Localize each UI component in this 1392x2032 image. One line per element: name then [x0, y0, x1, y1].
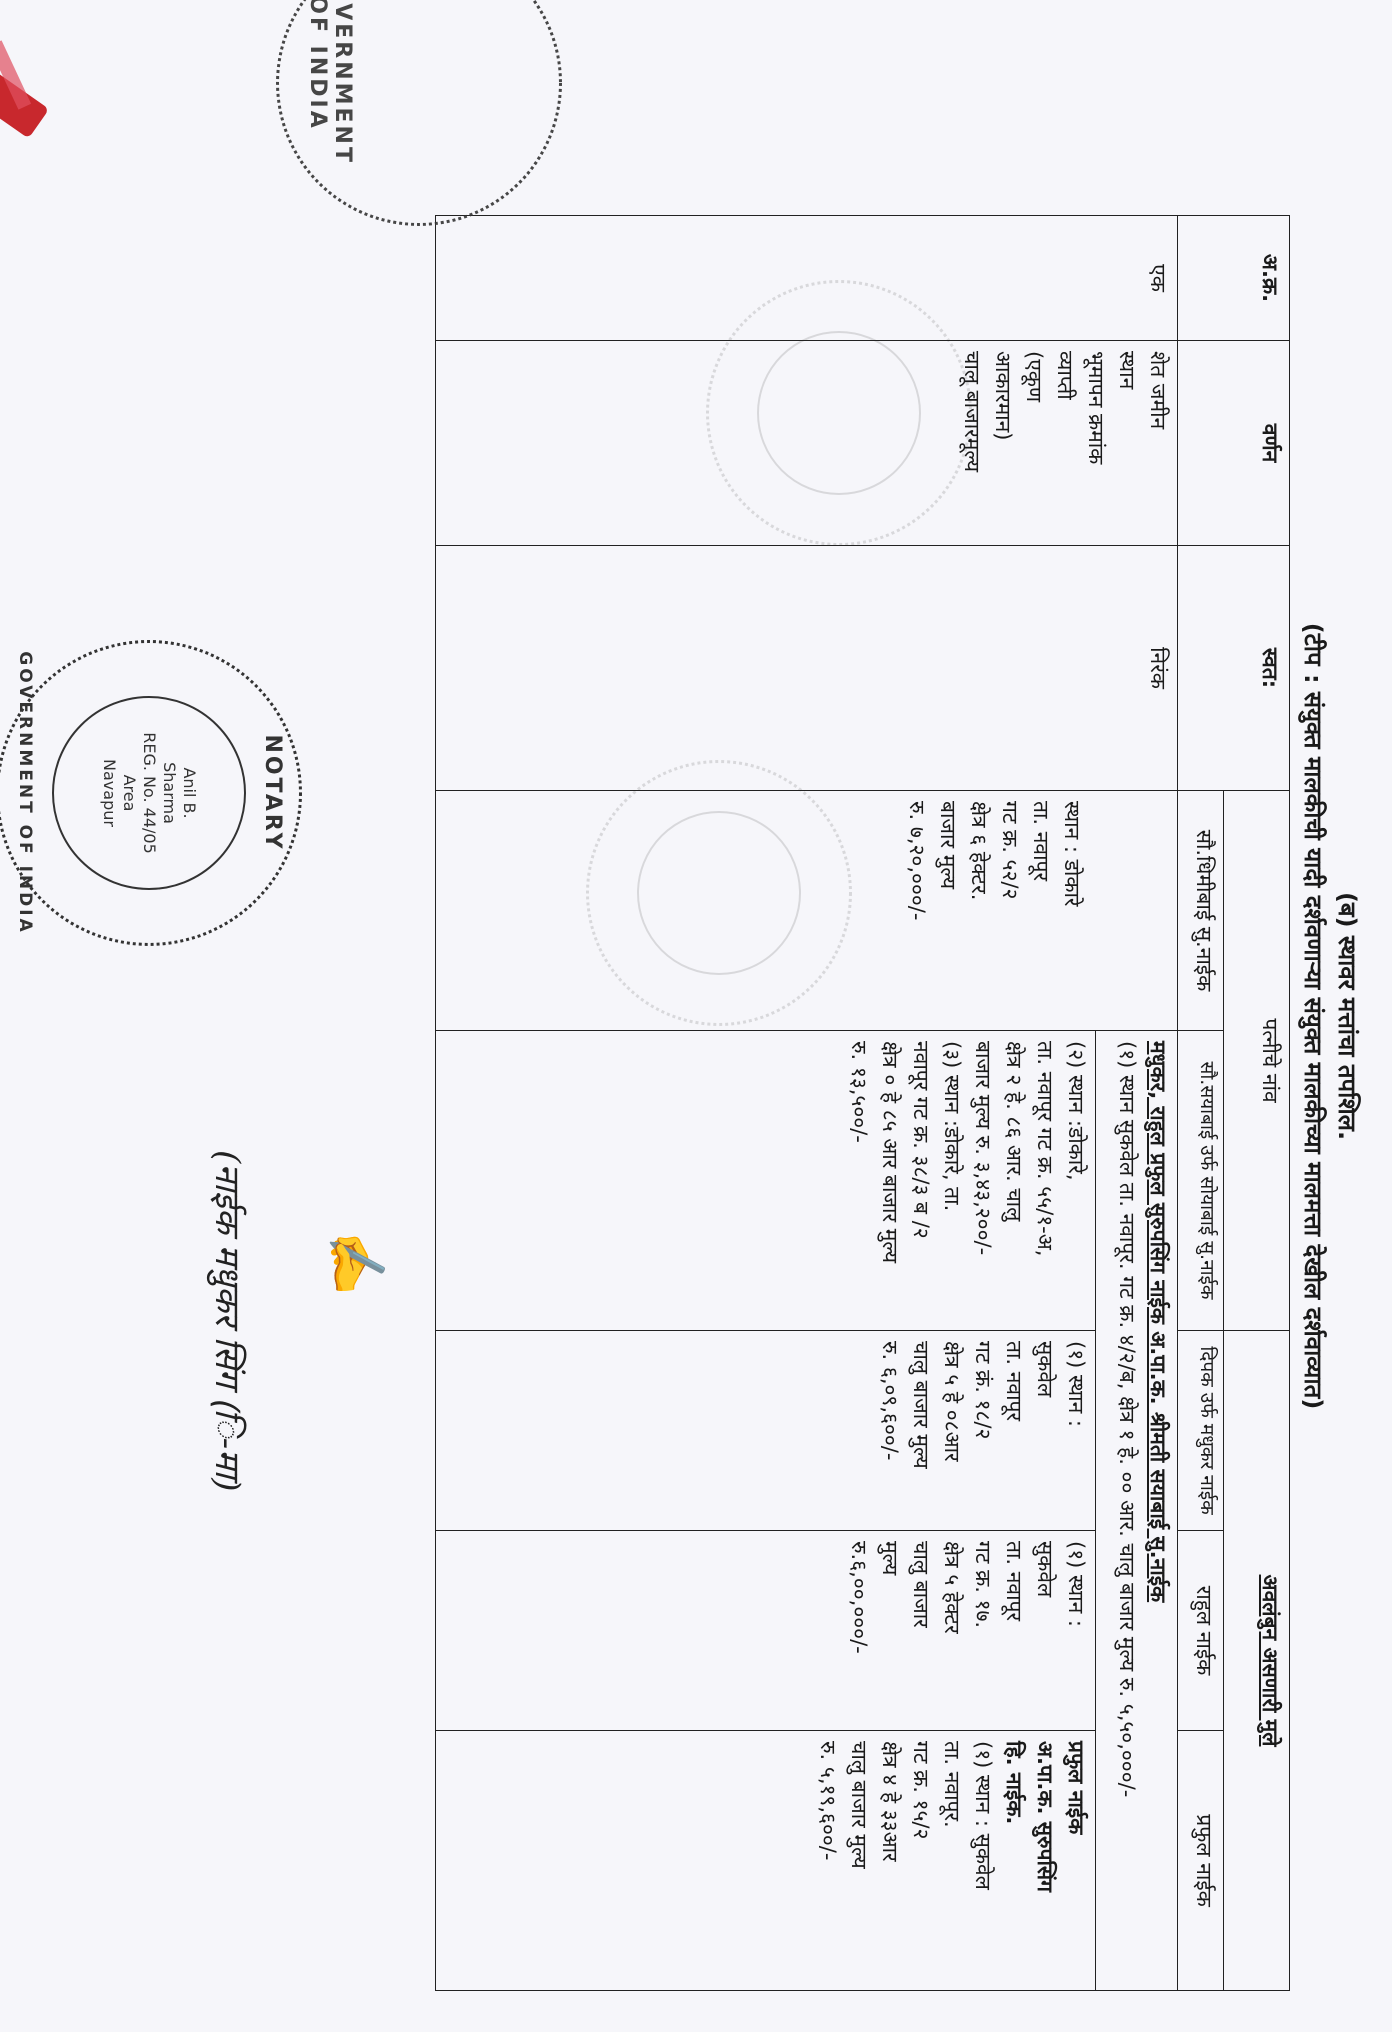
text-line: व्याप्ती — [1049, 351, 1080, 535]
text-line: अ.पा.क. सुरुपसिंग — [1029, 1741, 1060, 1980]
text-line: क्षेत्र ५ हेक्टर — [936, 1541, 967, 1720]
page-subtitle: (टीप : संयुक्त मालकीची यादी दर्शवणाऱ्या … — [1297, 0, 1330, 2032]
text-line: (१) स्थान : सुकवेल — [967, 1741, 998, 1980]
text-line: मुल्य — [874, 1541, 905, 1720]
text-line: क्षेत्र ० हे ८५ आर बाजार मुल्य — [874, 1041, 905, 1320]
partial-stamp-text: GOVERNMENT OF INDIA — [305, 0, 355, 183]
cell-dependent-3: प्रफुल नाईकअ.पा.क. सुरुपसिंगहि. नाईक. (१… — [436, 1731, 1096, 1991]
text-line: स्थान : डोकारे — [1056, 801, 1087, 1020]
header-serial: अ.क्र. — [1178, 216, 1290, 341]
text-line: सुकवेल — [1029, 1341, 1060, 1520]
text-line: गट क्र. १५/२ — [905, 1741, 936, 1980]
signature-mark: ✍ — [322, 1226, 391, 1299]
text-line: क्षेत्र ५ हे ०८आर — [936, 1341, 967, 1520]
header-self: स्वत: — [1178, 546, 1290, 791]
text-line: (३) स्थान :डोकारे, ता. — [936, 1041, 967, 1320]
text-line: (२) स्थान :डोकारे, — [1060, 1041, 1091, 1320]
cell-joint-note: मधुकर, राहुल प्रफुल सुरुपसिंग नाईक अ.पा.… — [1096, 1031, 1178, 1991]
header-spouse-2: सौ.सयाबाई उर्फ सोयाबाई सु.नाईक — [1178, 1031, 1224, 1331]
text-line: चालु बाजार मुल्य — [905, 1341, 936, 1520]
text-line: भूमापन क्रमांक — [1080, 351, 1111, 535]
text-line: चालु बाजार — [905, 1541, 936, 1720]
cell-spouse-2: (२) स्थान :डोकारे,ता. नवापूर गट क्र. ५५/… — [436, 1031, 1096, 1331]
cell-self: निरंक — [436, 546, 1178, 791]
text-line: Anil B. — [179, 732, 199, 854]
text-line: हि. नाईक. — [998, 1741, 1029, 1980]
text-line: ता. नवापूर — [1025, 801, 1056, 1020]
text-line: नवापूर गट क्र. ३८/३ ब /२ — [905, 1041, 936, 1320]
cell-dependent-2: (१) स्थान :सुकवेलता. नवापूरगट क्र. १७.क्… — [436, 1531, 1096, 1731]
text-line: स्थान — [1111, 351, 1142, 535]
text-line: आकारमान) — [987, 351, 1018, 535]
text-line: Sharma — [159, 732, 179, 854]
text-line: गट क्रं. १८/२ — [967, 1341, 998, 1520]
joint-note-text: (१) स्थान सुकवेल ता. नवापूर. गट क्र. ४/२… — [1111, 1041, 1142, 1980]
text-line: गट क्र. १७. — [967, 1541, 998, 1720]
text-line: ता. नवापूर — [998, 1541, 1029, 1720]
header-dependent-2: राहुल नाईक — [1178, 1531, 1224, 1731]
header-dependent-1: दिपक उर्फ मधुकर नाईक — [1178, 1331, 1224, 1531]
text-line: प्रफुल नाईक — [1060, 1741, 1091, 1980]
text-line: बाजार मुल्य — [932, 801, 963, 1020]
text-line: शेत जमीन — [1142, 351, 1173, 535]
text-line: रु.६,००,०००/- — [843, 1541, 874, 1720]
text-line: रु. ७,२०,०००/- — [901, 801, 932, 1020]
text-line: क्षेत्र २ हे. ८६ आर. चालु — [998, 1041, 1029, 1320]
text-line: सुकवेल — [1029, 1541, 1060, 1720]
text-line: क्षेत्र ४ हे ३३आर — [874, 1741, 905, 1980]
text-line: Area — [119, 732, 139, 854]
text-line: ता. नवापूर. — [936, 1741, 967, 1980]
cell-spouse-1: स्थान : डोकारेता. नवापूरगट क्र. ५२/२क्षे… — [436, 791, 1178, 1031]
cell-description: शेत जमीनस्थानभूमापन क्रमांकव्याप्ती(एकूण… — [436, 341, 1178, 546]
stamp-inner: Anil B.SharmaREG. No. 44/05AreaNavapur — [52, 696, 246, 890]
notary-stamp: NOTARY Anil B.SharmaREG. No. 44/05AreaNa… — [0, 640, 302, 946]
partial-government-stamp: GOVERNMENT OF INDIA — [276, 0, 562, 226]
text-line: REG. No. 44/05 — [139, 732, 159, 854]
joint-note-title: मधुकर, राहुल प्रफुल सुरुपसिंग नाईक अ.पा.… — [1142, 1041, 1173, 1980]
text-line: चालू बाजारमूल्य — [956, 351, 987, 535]
page-title: (ब) स्थावर मत्तांचा तपशिल. — [1331, 0, 1364, 2032]
text-line: रु. ५,१९,६००/- — [812, 1741, 843, 1980]
cell-serial: एक — [436, 216, 1178, 341]
stamp-bottom-text: GOVERNMENT OF INDIA — [15, 651, 35, 934]
header-dependent-3: प्रफुल नाईक — [1178, 1731, 1224, 1991]
text-line: Navapur — [99, 732, 119, 854]
text-line: बाजार मुल्य रु. ३,४३,२००/- — [967, 1041, 998, 1320]
text-line: गट क्र. ५२/२ — [994, 801, 1025, 1020]
cell-dependent-1: (१) स्थान :सुकवेलता. नवापूरगट क्रं. १८/२… — [436, 1331, 1096, 1531]
header-spouse-1: सौ.धिमीबाई सु.नाईक — [1178, 791, 1224, 1031]
text-line: (१) स्थान : — [1060, 1541, 1091, 1720]
header-spouse-group: पत्नीचे नांव — [1224, 791, 1290, 1331]
text-line: (एकूण — [1018, 351, 1049, 535]
text-line: चालु बाजार मुल्य — [843, 1741, 874, 1980]
header-description: वर्णन — [1178, 341, 1290, 546]
text-line: रु. ६,०९,६००/- — [874, 1341, 905, 1520]
stamp-top-text: NOTARY — [260, 734, 285, 851]
property-table: अ.क्र. वर्णन स्वत: पत्नीचे नांव अवलंबुन … — [435, 215, 1290, 1991]
document-page: (ब) स्थावर मत्तांचा तपशिल. (टीप : संयुक्… — [0, 0, 1392, 2032]
header-dependents-group: अवलंबुन असणारी मुले — [1224, 1331, 1290, 1991]
text-line: क्षेत्र ६ हेक्टर. — [963, 801, 994, 1020]
text-line: (१) स्थान : — [1060, 1341, 1091, 1520]
text-line: रु. १३,५००/- — [843, 1041, 874, 1320]
text-line: ता. नवापूर — [998, 1341, 1029, 1520]
signature: (नाईक मधुकर सिंग (ि-मा) — [102, 1150, 252, 1710]
text-line: ता. नवापूर गट क्र. ५५/१-अ, — [1029, 1041, 1060, 1320]
